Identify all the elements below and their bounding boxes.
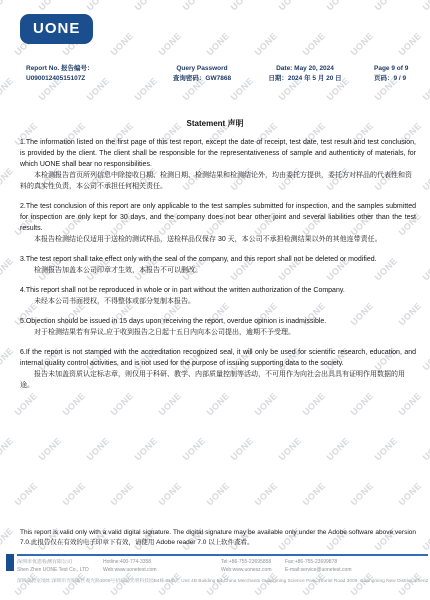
statement-paragraph-5: 5.Objection should be issued in 15 days …: [20, 316, 416, 338]
report-date-en: Date: May 20, 2024: [246, 64, 364, 74]
report-date-cn: 日期：2024 年 5 月 20 日: [246, 74, 364, 84]
statement-paragraphs: 1.The information listed on the first pa…: [20, 137, 416, 400]
paragraph-2-en: 2.The test conclusion of this report are…: [20, 201, 416, 234]
report-page: UONEUONEUONEUONEUONEUONEUONEUONEUONEUONE…: [0, 0, 430, 600]
email-address: E-mail:service@uonetest.com: [285, 567, 428, 575]
report-number-block: Report No. 报告编号： U09001240515107Z: [26, 64, 158, 84]
paragraph-6-en: 6.If the report is not stamped with the …: [20, 347, 416, 369]
footer-accent-bar: [6, 554, 14, 571]
page-number-en: Page 9 of 9: [374, 64, 420, 74]
paragraph-4-cn: 未经本公司书面授权，不得整体或部分复制本报告。: [20, 296, 416, 307]
website-secondary: Web:www.uonesz.com: [221, 567, 285, 575]
paragraph-5-cn: 对于检测结果若有异议,应于收到报告之日起十五日内向本公司提出，逾期不予受理。: [20, 327, 416, 338]
query-password-block: Query Password 查询密码：GW7868: [158, 64, 246, 84]
footer-hotline-block: Hotline:400-774-3358 Web:www.uonetest.co…: [103, 559, 221, 574]
paragraph-2-cn: 本报告检测结论仅适用于送检的测试样品，送检样品仅保存 30 天，本公司不承担检测…: [20, 234, 416, 245]
statement-paragraph-2: 2.The test conclusion of this report are…: [20, 201, 416, 245]
uone-logo: UONE: [20, 14, 93, 44]
query-password-label: Query Password: [158, 64, 246, 74]
page-footer: 深圳市优恩检测有限公司 Shen Zhen UONE Test Co., LTD…: [0, 554, 430, 598]
report-number-label: Report No. 报告编号：: [26, 64, 158, 74]
statement-paragraph-4: 4.This report shall not be reproduced in…: [20, 285, 416, 307]
statement-title: Statement 声明: [0, 118, 430, 129]
telephone-number: Tel:+86-755-23695858: [221, 559, 285, 567]
page-number-block: Page 9 of 9 页码：9 / 9: [364, 64, 420, 84]
paragraph-3-en: 3.The test report shall take effect only…: [20, 254, 416, 265]
website-primary: Web:www.uonetest.com: [103, 567, 221, 575]
fax-number: Fax:+86-755-23699878: [285, 559, 428, 567]
paragraph-5-en: 5.Objection should be issued in 15 days …: [20, 316, 416, 327]
company-name-cn: 深圳市优恩检测有限公司: [17, 559, 103, 567]
footer-company-block: 深圳市优恩检测有限公司 Shen Zhen UONE Test Co., LTD: [17, 559, 103, 574]
report-date-block: Date: May 20, 2024 日期：2024 年 5 月 20 日: [246, 64, 364, 84]
report-header: Report No. 报告编号： U09001240515107Z Query …: [26, 64, 420, 84]
footer-contact-columns: 深圳市优恩检测有限公司 Shen Zhen UONE Test Co., LTD…: [17, 559, 428, 574]
footer-tel-block: Tel:+86-755-23695858 Web:www.uonesz.com: [221, 559, 285, 574]
company-name-en: Shen Zhen UONE Test Co., LTD: [17, 567, 103, 575]
paragraph-6-cn: 报告未加盖资质认定标志章，则仅用于科研、教学、内部质量控制等活动，不可用作为向社…: [20, 369, 416, 391]
footer-fax-block: Fax:+86-755-23699878 E-mail:service@uone…: [285, 559, 428, 574]
lab-address: 深圳实验室地址:深圳市光明新区观光路3009号招商局光明科技园B4栋4B单元 U…: [17, 577, 428, 584]
paragraph-3-cn: 检测报告加盖本公司印章才生效，本报告不可以删改。: [20, 265, 416, 276]
paragraph-1-cn: 本检测报告首页所列信息中除接收日期、检测日期、检测结果和检测结论外，均由委托方提…: [20, 170, 416, 192]
query-password-value: 查询密码：GW7868: [158, 74, 246, 84]
paragraph-4-en: 4.This report shall not be reproduced in…: [20, 285, 416, 296]
report-number-value: U09001240515107Z: [26, 74, 158, 84]
report-content: UONE Report No. 报告编号： U09001240515107Z Q…: [0, 0, 430, 600]
statement-paragraph-3: 3.The test report shall take effect only…: [20, 254, 416, 276]
digital-signature-note: This report is valid only with a valid d…: [20, 528, 416, 548]
paragraph-1-en: 1.The information listed on the first pa…: [20, 137, 416, 170]
statement-paragraph-6: 6.If the report is not stamped with the …: [20, 347, 416, 391]
statement-paragraph-1: 1.The information listed on the first pa…: [20, 137, 416, 192]
hotline-number: Hotline:400-774-3358: [103, 559, 221, 567]
footer-body: 深圳市优恩检测有限公司 Shen Zhen UONE Test Co., LTD…: [17, 554, 428, 584]
page-number-cn: 页码：9 / 9: [374, 74, 420, 84]
